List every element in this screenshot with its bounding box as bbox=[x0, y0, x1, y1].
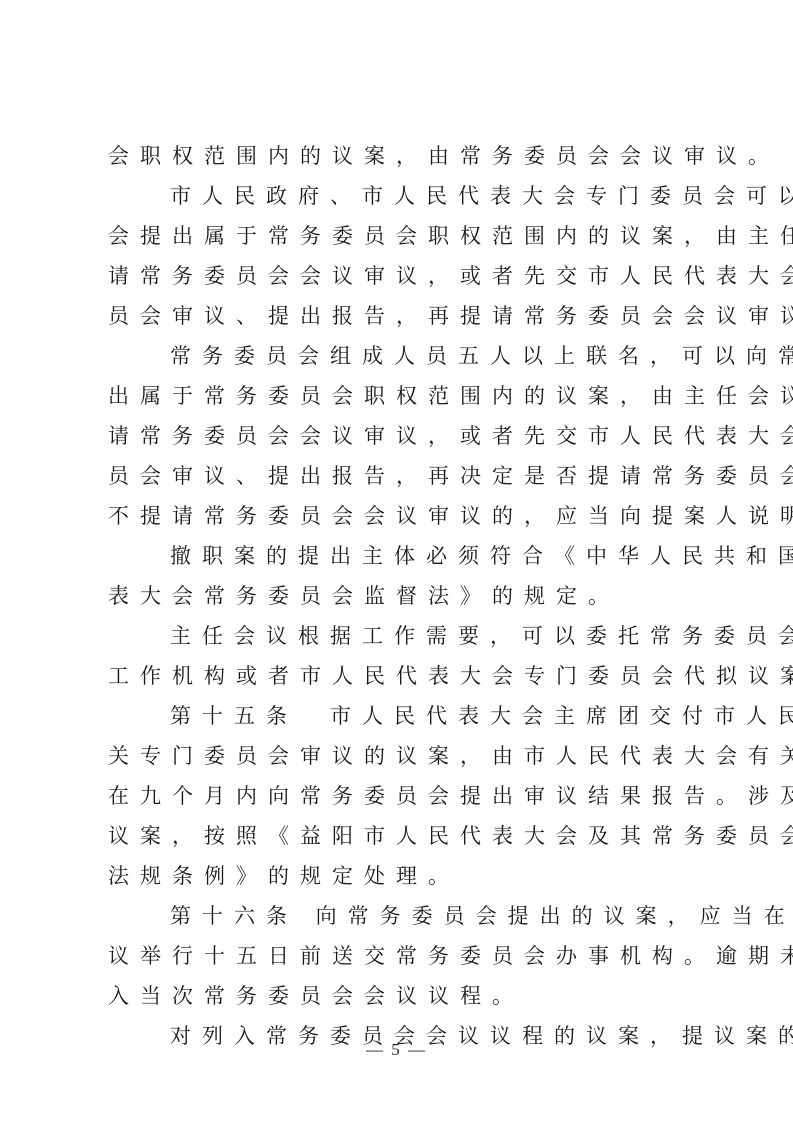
text-line: 入当次常务委员会会议议程。 bbox=[108, 976, 688, 1016]
text-line: 请常务委员会会议审议，或者先交市人民代表大会有关专门委 bbox=[108, 256, 688, 296]
document-page: 会职权范围内的议案，由常务委员会会议审议。 市人民政府、市人民代表大会专门委员会… bbox=[0, 0, 793, 1122]
text-line: 会提出属于常务委员会职权范围内的议案，由主任会议决定提 bbox=[108, 216, 688, 256]
article-15-heading-line: 第十五条 市人民代表大会主席团交付市人民代表大会有 bbox=[108, 696, 688, 736]
text-line: 在九个月内向常务委员会提出审议结果报告。涉及立法项目的 bbox=[108, 776, 688, 816]
text-line: 常务委员会组成人员五人以上联名，可以向常务委员会提 bbox=[108, 336, 688, 376]
body-text: 会职权范围内的议案，由常务委员会会议审议。 市人民政府、市人民代表大会专门委员会… bbox=[108, 136, 688, 1056]
text-line: 主任会议根据工作需要，可以委托常务委员会办事机构、 bbox=[108, 616, 688, 656]
text-line: 表大会常务委员会监督法》的规定。 bbox=[108, 576, 688, 616]
page-number: — 5 — bbox=[0, 1040, 793, 1060]
text-line: 撤职案的提出主体必须符合《中华人民共和国各级人民代 bbox=[108, 536, 688, 576]
text-line: 市人民政府、市人民代表大会专门委员会可以向常务委员 bbox=[108, 176, 688, 216]
text-line: 议案，按照《益阳市人民代表大会及其常务委员会制定地方性 bbox=[108, 816, 688, 856]
text-line: 请常务委员会会议审议，或者先交市人民代表大会有关专门委 bbox=[108, 416, 688, 456]
text-line: 员会审议、提出报告，再决定是否提请常务委员会会议审议。 bbox=[108, 456, 688, 496]
text-line: 员会审议、提出报告，再提请常务委员会会议审议。 bbox=[108, 296, 688, 336]
text-line: 不提请常务委员会会议审议的，应当向提案人说明。 bbox=[108, 496, 688, 536]
text-line: 法规条例》的规定处理。 bbox=[108, 856, 688, 896]
article-16-heading-line: 第十六条 向常务委员会提出的议案，应当在常务委员会会 bbox=[108, 896, 688, 936]
text-line: 关专门委员会审议的议案，由市人民代表大会有关专门委员会 bbox=[108, 736, 688, 776]
text-line: 议举行十五日前送交常务委员会办事机构。逾期未报的，不列 bbox=[108, 936, 688, 976]
text-line: 出属于常务委员会职权范围内的议案，由主任会议决定是否提 bbox=[108, 376, 688, 416]
text-line: 工作机构或者市人民代表大会专门委员会代拟议案草案。 bbox=[108, 656, 688, 696]
text-line: 会职权范围内的议案，由常务委员会会议审议。 bbox=[108, 136, 688, 176]
